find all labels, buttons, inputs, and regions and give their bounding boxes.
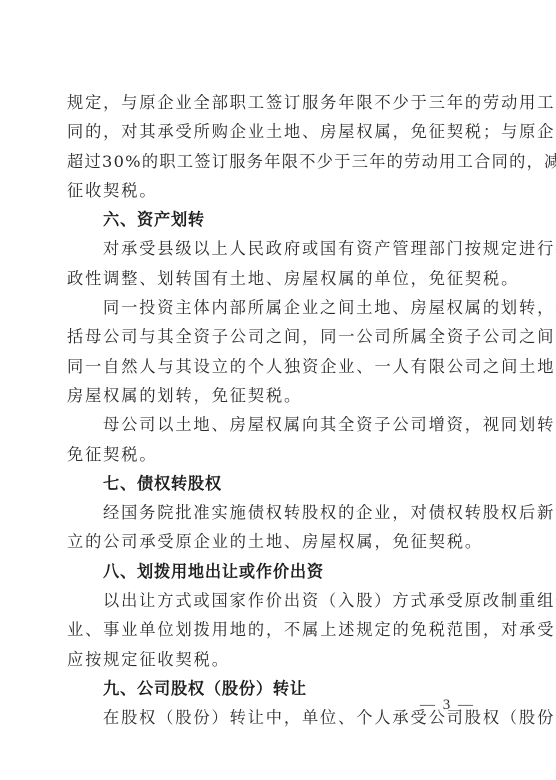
paragraph-line: 对承受县级以上人民政府或国有资产管理部门按规定进行行	[67, 234, 485, 263]
paragraph-line: 母公司以土地、房屋权属向其全资子公司增资，视同划转，	[67, 410, 485, 439]
paragraph-line: 房屋权属的划转，免征契税。	[67, 381, 485, 410]
paragraph-line: 免征契税。	[67, 440, 485, 469]
section-heading-allocated-land: 八、划拨用地出让或作价出资	[67, 557, 485, 586]
paragraph-line: 征收契税。	[67, 176, 485, 205]
paragraph-line: 括母公司与其全资子公司之间，同一公司所属全资子公司之间，	[67, 322, 485, 351]
section-heading-asset-transfer: 六、资产划转	[67, 205, 485, 234]
paragraph-line: 规定，与原企业全部职工签订服务年限不少于三年的劳动用工合	[67, 88, 485, 117]
document-page: 规定，与原企业全部职工签订服务年限不少于三年的劳动用工合 同的，对其承受所购企业…	[67, 88, 485, 733]
paragraph-line: 业、事业单位划拨用地的，不属上述规定的免税范围，对承受方	[67, 615, 485, 644]
paragraph-line: 同一投资主体内部所属企业之间土地、房屋权属的划转，包	[67, 293, 485, 322]
section-heading-debt-to-equity: 七、债权转股权	[67, 469, 485, 498]
paragraph-line: 立的公司承受原企业的土地、房屋权属，免征契税。	[67, 527, 485, 556]
page-number: — 3 —	[420, 697, 475, 714]
paragraph-line: 经国务院批准实施债权转股权的企业，对债权转股权后新设	[67, 498, 485, 527]
paragraph-line: 同一自然人与其设立的个人独资企业、一人有限公司之间土地、	[67, 352, 485, 381]
paragraph-line: 同的，对其承受所购企业土地、房屋权属，免征契税；与原企业	[67, 117, 485, 146]
paragraph-line: 以出让方式或国家作价出资（入股）方式承受原改制重组企	[67, 586, 485, 615]
paragraph-line: 应按规定征收契税。	[67, 645, 485, 674]
paragraph-line: 超过30%的职工签订服务年限不少于三年的劳动用工合同的，减半	[67, 147, 485, 176]
paragraph-line: 政性调整、划转国有土地、房屋权属的单位，免征契税。	[67, 264, 485, 293]
